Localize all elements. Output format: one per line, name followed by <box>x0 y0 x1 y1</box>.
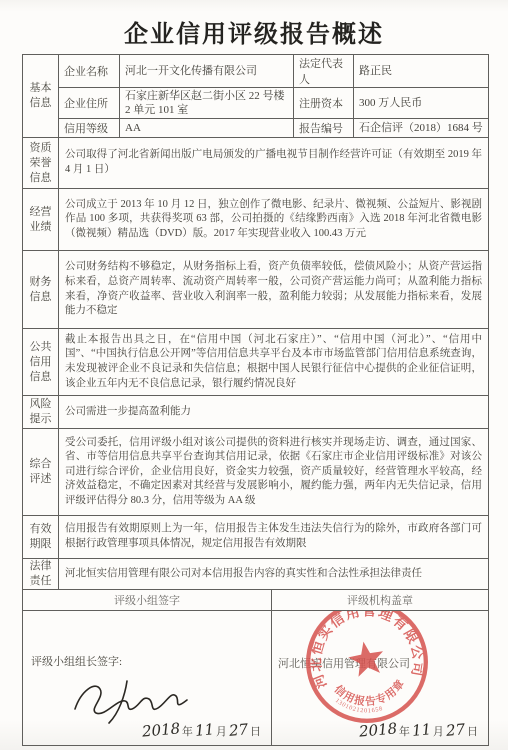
seal-title-text: 信用报告专用章 <box>330 671 410 715</box>
table-row-validity: 有效期限 信用报告有效期原则上为一年，信用报告主体发生违法失信行为的除外，市政府… <box>23 516 489 559</box>
field-label-report-number: 报告编号 <box>294 119 354 138</box>
row-label-basic-info: 基本信息 <box>23 55 59 138</box>
row-label-public-credit: 公共信用信息 <box>23 329 59 396</box>
table-row-basic-1: 基本信息 企业名称 河北一开文化传播有限公司 法定代表人 路正民 <box>23 55 489 88</box>
row-content-qualifications: 公司取得了河北省新闻出版广电局颁发的广播电视节目制作经营许可证（有效期至 201… <box>59 138 489 189</box>
field-label-address: 企业住所 <box>59 88 120 119</box>
row-label-validity: 有效期限 <box>23 516 59 559</box>
table-row-finance: 财务信息 公司财务结构不够稳定，从财务指标上看，资产负债率较低，偿债风险小；从资… <box>23 251 489 329</box>
field-value-company-name: 河北一开文化传播有限公司 <box>120 55 294 88</box>
row-content-performance: 公司成立于 2013 年 10 月 12 日，独立创作了微电影、纪录片、微视频、… <box>59 189 489 251</box>
signature-cell-agency: 河北恒实信用管理有限公司 河北恒实信用管理有限公司 信用报告专用章 130102… <box>272 611 489 746</box>
seal-number-text: 1301021201658 <box>333 690 384 721</box>
field-label-company-name: 企业名称 <box>59 55 120 88</box>
report-table: 基本信息 企业名称 河北一开文化传播有限公司 法定代表人 路正民 企业住所 石家… <box>22 54 489 590</box>
field-label-credit-grade: 信用等级 <box>59 119 120 138</box>
handwritten-signature <box>69 669 201 729</box>
date-day-unit: 日 <box>250 726 261 738</box>
signature-cell-team: 评级小组组长签字: 2018年11月27日 <box>23 611 272 746</box>
table-row-performance: 经营业绩 公司成立于 2013 年 10 月 12 日，独立创作了微电影、纪录片… <box>23 189 489 251</box>
table-row-public-credit: 公共信用信息 截止本报告出具之日，在“信用中国（河北石家庄）”、“信用中国（河北… <box>23 329 489 396</box>
row-label-qualifications: 资质荣誉信息 <box>23 138 59 189</box>
row-content-risk: 公司需进一步提高盈利能力 <box>59 396 489 429</box>
signature-table: 评级小组签字 评级机构盖章 评级小组组长签字: 2018年11月27日 河北恒实… <box>22 589 489 746</box>
row-content-overall-review: 受公司委托，信用评级小组对该公司提供的资料进行核实并现场走访、调查，通过国家、省… <box>59 429 489 516</box>
date-year-value: 2018 <box>358 719 398 740</box>
row-label-performance: 经营业绩 <box>23 189 59 251</box>
date-year-unit: 年 <box>399 726 410 738</box>
row-label-overall-review: 综合评述 <box>23 429 59 516</box>
table-row-legal: 法律责任 河北恒实信用管理有限公司对本信用报告内容的真实性和合法性承担法律责任 <box>23 559 489 590</box>
team-sign-date: 2018年11月27日 <box>140 721 261 740</box>
row-content-public-credit: 截止本报告出具之日，在“信用中国（河北石家庄）”、“信用中国（河北）”、“信用中… <box>59 329 489 396</box>
agency-sign-date: 2018年11月27日 <box>357 721 478 740</box>
page-title: 企业信用评级报告概述 <box>0 14 508 49</box>
row-content-validity: 信用报告有效期原则上为一年，信用报告主体发生违法失信行为的除外，市政府各部门可根… <box>59 516 489 559</box>
date-year-value: 2018 <box>141 719 181 740</box>
date-day-value: 27 <box>445 720 466 740</box>
date-month-unit: 月 <box>433 726 444 738</box>
date-day-value: 27 <box>228 720 249 740</box>
table-row-basic-3: 信用等级 AA 报告编号 石企信评（2018）1684 号 <box>23 119 489 138</box>
field-value-registered-capital: 300 万人民币 <box>354 88 489 119</box>
field-label-registered-capital: 注册资本 <box>294 88 354 119</box>
row-label-finance: 财务信息 <box>23 251 59 329</box>
row-content-finance: 公司财务结构不够稳定，从财务指标上看，资产负债率较低，偿债风险小；从资产营运指标… <box>59 251 489 329</box>
row-label-risk: 风险提示 <box>23 396 59 429</box>
field-label-legal-rep: 法定代表人 <box>294 55 354 88</box>
table-row-overall-review: 综合评述 受公司委托，信用评级小组对该公司提供的资料进行核实并现场走访、调查，通… <box>23 429 489 516</box>
table-row-qualifications: 资质荣誉信息 公司取得了河北省新闻出版广电局颁发的广播电视节目制作经营许可证（有… <box>23 138 489 189</box>
signature-body-row: 评级小组组长签字: 2018年11月27日 河北恒实信用管理有限公司 <box>23 611 489 746</box>
row-label-legal: 法律责任 <box>23 559 59 590</box>
company-seal-stamp: 河北恒实信用管理有限公司 信用报告专用章 1301021201658 <box>292 611 443 738</box>
table-row-risk: 风险提示 公司需进一步提高盈利能力 <box>23 396 489 429</box>
agency-company-name: 河北恒实信用管理有限公司 <box>278 655 410 671</box>
date-month-value: 11 <box>194 720 215 740</box>
date-day-unit: 日 <box>467 726 478 738</box>
svg-text:信用报告专用章: 信用报告专用章 <box>330 671 410 715</box>
team-leader-signature-label: 评级小组组长签字: <box>31 653 122 669</box>
report-page: 企业信用评级报告概述 基本信息 企业名称 河北一开文化传播有限公司 法定代表人 … <box>0 0 508 750</box>
signature-header-agency-seal: 评级机构盖章 <box>272 590 489 611</box>
table-row-basic-2: 企业住所 石家庄新华区赵二街小区 22 号楼 2 单元 101 室 注册资本 3… <box>23 88 489 119</box>
date-month-unit: 月 <box>216 726 227 738</box>
date-year-unit: 年 <box>182 726 193 738</box>
field-value-credit-grade: AA <box>120 119 294 138</box>
signature-header-row: 评级小组签字 评级机构盖章 <box>23 590 489 611</box>
field-value-address: 石家庄新华区赵二街小区 22 号楼 2 单元 101 室 <box>120 88 294 119</box>
signature-header-team: 评级小组签字 <box>23 590 272 611</box>
svg-text:1301021201658: 1301021201658 <box>333 690 384 721</box>
row-content-legal: 河北恒实信用管理有限公司对本信用报告内容的真实性和合法性承担法律责任 <box>59 559 489 590</box>
date-month-value: 11 <box>411 720 432 740</box>
field-value-report-number: 石企信评（2018）1684 号 <box>354 119 489 138</box>
field-value-legal-rep: 路正民 <box>354 55 489 88</box>
